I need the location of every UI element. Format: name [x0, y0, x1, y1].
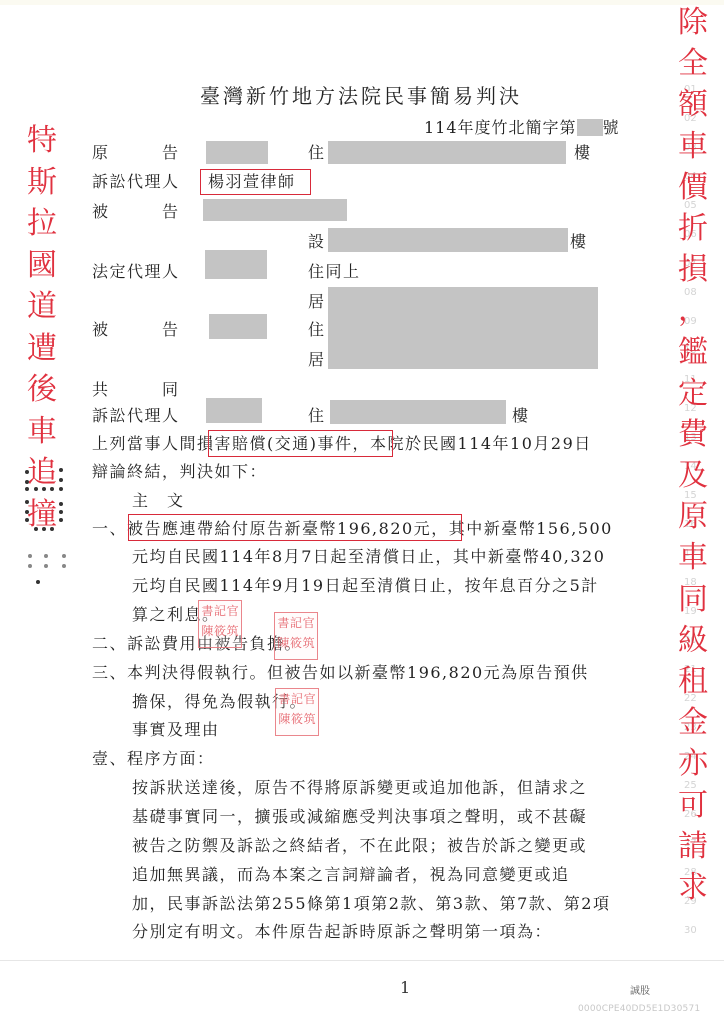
seal-char: 書	[278, 692, 291, 712]
caption-char: 拉	[27, 203, 57, 245]
top-band	[0, 0, 724, 5]
caption-char: 及	[678, 455, 708, 496]
redacted-case-number	[577, 119, 603, 136]
section-1-line-5: 加，民事訴訟法第255條第1項第2款、第3款、第7款、第2項	[132, 894, 610, 914]
defendant1-label: 被 告	[92, 202, 180, 222]
court-division: 誠股	[630, 982, 650, 997]
case-number-suffix: 號	[603, 118, 620, 137]
seal-char: 筱	[291, 712, 304, 732]
redacted-joint-agent-address	[330, 400, 506, 424]
caption-char: 價	[678, 167, 708, 208]
caption-char: 特	[27, 120, 57, 162]
caption-char: 求	[678, 867, 708, 908]
caption-char: 除	[678, 2, 708, 43]
redacted-joint-agent-name	[206, 398, 262, 423]
litigation-agent-label: 訴訟代理人	[92, 172, 180, 192]
document-title: 臺灣新竹地方法院民事簡易判決	[200, 80, 522, 109]
caption-char: 折	[678, 208, 708, 249]
caption-char: 斯	[27, 162, 57, 204]
legal-rep-address: 住同上	[308, 262, 361, 282]
line-number: 30	[684, 925, 697, 936]
intro-prefix: 上列當事人間	[92, 434, 197, 453]
redacted-legal-rep-name	[205, 250, 267, 279]
seal-char: 筑	[226, 624, 239, 644]
footer-divider	[0, 960, 724, 961]
caption-char: 原	[678, 496, 708, 537]
caption-char: 全	[678, 43, 708, 84]
caption-char: 遭	[27, 328, 57, 370]
seal-char: 筑	[303, 712, 316, 732]
defendant1-address-end: 樓	[570, 232, 588, 252]
award-highlight-box	[128, 514, 462, 541]
section-1-heading: 壹、程序方面：	[92, 749, 215, 769]
case-type-highlight-box	[208, 430, 393, 457]
defendant2-label: 被 告	[92, 320, 180, 340]
redacted-defendant1-name	[203, 199, 347, 221]
seal-char: 官	[303, 692, 316, 712]
caption-char: 鑑	[678, 332, 708, 373]
caption-char: 級	[678, 620, 708, 661]
redacted-defendant1-address	[328, 228, 568, 252]
caption-char: 請	[678, 826, 708, 867]
ruling-1-line-2: 元均自民國114年8月7日起至清償日止，其中新臺幣40,320	[132, 547, 605, 567]
caption-char: 車	[27, 411, 57, 453]
section-1-line-2: 基礎事實同一，擴張或減縮應受判決事項之聲明，或不甚礙	[132, 807, 587, 827]
seal-char: 書	[201, 604, 214, 624]
section-1-line-1: 按訴狀送達後，原告不得將原訴變更或追加他訴，但請求之	[132, 778, 587, 798]
caption-char: ，	[678, 290, 708, 331]
legal-rep-residence-label: 居	[308, 292, 326, 312]
section-1-title: 程序方面：	[127, 749, 215, 768]
ruling-1-line-3: 元均自民國114年9月19日起至清償日止，按年息百分之5計	[132, 576, 599, 596]
section-1-line-3: 被告之防禦及訴訟之終結者，不在此限；被告於訴之變更或	[132, 836, 587, 856]
joint-agent-address-label: 住	[308, 406, 326, 426]
section-1-line-4: 追加無異議，而為本案之言詞辯論者，視為同意變更或追	[132, 865, 570, 885]
seal-char: 書	[277, 616, 290, 636]
caption-char: 亦	[678, 743, 708, 784]
seal-char: 記	[291, 692, 304, 712]
defendant2-residence-label: 居	[308, 350, 326, 370]
caption-char: 車	[678, 126, 708, 167]
seal-char: 筱	[290, 636, 303, 656]
caption-char: 可	[678, 785, 708, 826]
seal-char: 陳	[277, 636, 290, 656]
joint-agent-address-end: 樓	[512, 406, 530, 426]
seal-char: 陳	[201, 624, 214, 644]
seal-char: 官	[226, 604, 239, 624]
legal-rep-label: 法定代理人	[92, 262, 180, 282]
intro-line-2: 辯論終結，判決如下：	[92, 462, 267, 482]
redacted-defendant2-name	[209, 314, 267, 339]
caption-char: 車	[678, 537, 708, 578]
document-id: 0000CPE40DD5E1D30571	[578, 1004, 700, 1014]
caption-char: 租	[678, 661, 708, 702]
case-number-prefix: 114年度竹北簡字第	[424, 118, 577, 137]
page-number: 1	[400, 978, 410, 997]
main-text-heading: 主 文	[132, 491, 185, 511]
clerk-seal: 書記官 陳筱筑	[198, 600, 242, 648]
ruling-1-marker: 一、	[92, 519, 127, 538]
ruling-3-text: 本判決得假執行。但被告如以新臺幣196,820元為原告預供	[127, 663, 589, 682]
section-1-marker: 壹、	[92, 749, 127, 768]
seal-char: 陳	[278, 712, 291, 732]
plaintiff-address-label: 住	[308, 143, 326, 163]
plaintiff-address-end: 樓	[574, 143, 592, 163]
caption-char: 同	[678, 579, 708, 620]
defendant1-address-label: 設	[308, 232, 326, 252]
caption-char: 後	[27, 369, 57, 411]
right-annotation-caption: 除 全 額 車 價 折 損 ， 鑑 定 費 及 原 車 同 級 租 金 亦 可 …	[670, 2, 716, 908]
joint-label: 共 同	[92, 380, 180, 400]
caption-char: 定	[678, 373, 708, 414]
caption-char: 金	[678, 702, 708, 743]
clerk-seal: 書記官 陳筱筑	[274, 612, 318, 660]
redacted-residence-block	[328, 287, 598, 369]
seal-char: 記	[290, 616, 303, 636]
judgment-page: 臺灣新竹地方法院民事簡易判決 114年度竹北簡字第號 原 告 住 樓 訴訟代理人…	[0, 0, 724, 1024]
joint-agent-label: 訴訟代理人	[92, 406, 180, 426]
clerk-seal: 書記官 陳筱筑	[275, 688, 319, 736]
caption-char: 費	[678, 414, 708, 455]
litigation-agent-name: 楊羽萱律師	[208, 172, 296, 192]
seal-char: 記	[214, 604, 227, 624]
case-number: 114年度竹北簡字第號	[424, 115, 620, 138]
facts-heading: 事實及理由	[132, 720, 220, 740]
caption-char: 損	[678, 249, 708, 290]
ruling-3-marker: 三、	[92, 663, 127, 682]
plaintiff-label: 原 告	[92, 143, 180, 163]
redacted-plaintiff-address	[328, 141, 566, 164]
ruling-3-line-1: 三、本判決得假執行。但被告如以新臺幣196,820元為原告預供	[92, 663, 589, 683]
ruling-2-marker: 二、	[92, 634, 127, 653]
section-1-line-6: 分別定有明文。本件原告起訴時原訴之聲明第一項為：	[132, 922, 552, 942]
redacted-plaintiff-name	[206, 141, 268, 164]
caption-char: 道	[27, 286, 57, 328]
seal-char: 官	[302, 616, 315, 636]
seal-char: 筑	[302, 636, 315, 656]
caption-char: 額	[678, 84, 708, 125]
caption-char: 國	[27, 245, 57, 287]
seal-char: 筱	[214, 624, 227, 644]
defendant2-address-label: 住	[308, 320, 326, 340]
